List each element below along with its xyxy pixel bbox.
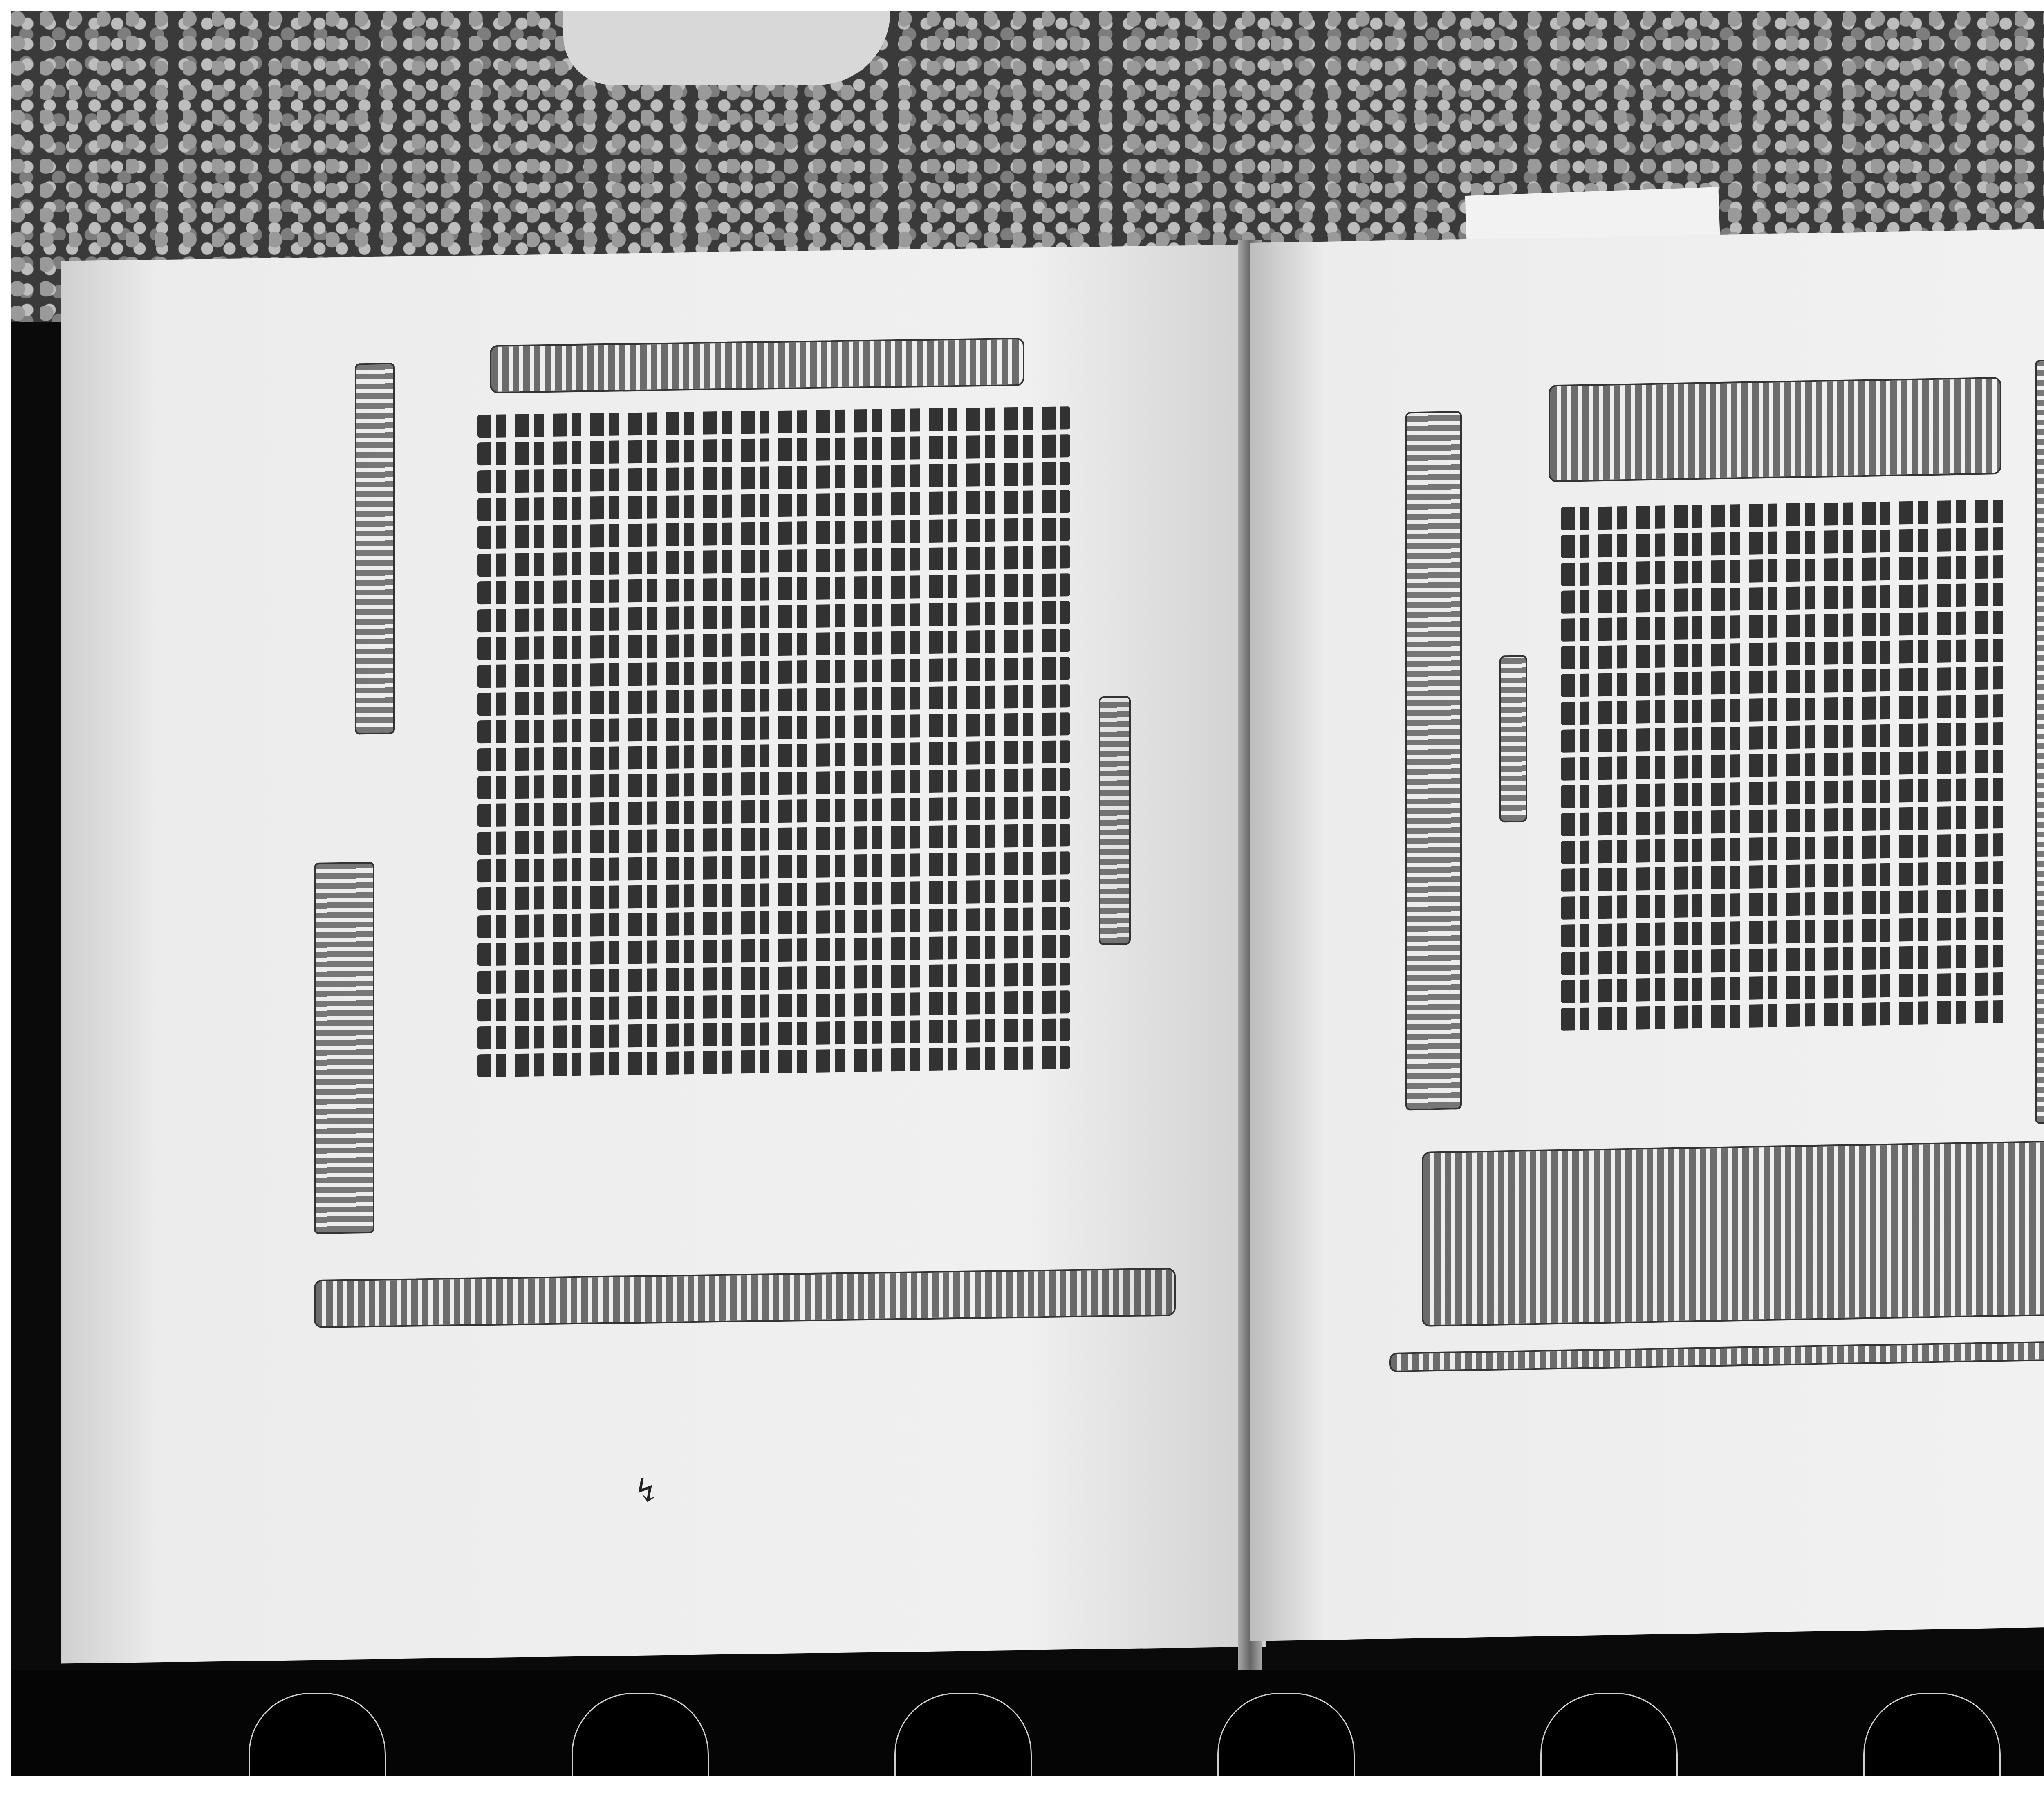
text-line xyxy=(1561,666,2010,697)
right-heading xyxy=(1549,377,2001,482)
text-line xyxy=(477,545,1070,577)
sprocket-hole xyxy=(572,1693,709,1776)
text-line xyxy=(477,796,1070,827)
left-margin-note-right xyxy=(1099,696,1131,945)
text-line xyxy=(477,684,1070,716)
text-line xyxy=(477,1018,1070,1049)
right-page xyxy=(1250,222,2044,1641)
text-line xyxy=(1561,750,2010,781)
left-margin-note-lower xyxy=(314,862,374,1234)
left-page: ↯ xyxy=(61,244,1266,1663)
text-line xyxy=(1561,945,2010,975)
sprocket-hole xyxy=(1540,1693,1678,1776)
text-line xyxy=(1561,861,2010,892)
text-line xyxy=(477,601,1070,632)
sprocket-hole xyxy=(1863,1693,2001,1776)
hand-top xyxy=(563,11,890,85)
text-line xyxy=(477,518,1070,549)
text-line xyxy=(1561,1000,2010,1031)
right-footer-rule xyxy=(1389,1338,2044,1372)
right-margin-note-left xyxy=(1405,411,1462,1110)
right-margin-note-inner xyxy=(1499,655,1527,822)
text-line xyxy=(1561,778,2010,808)
text-line xyxy=(477,879,1070,910)
right-margin-columns xyxy=(2035,357,2044,1124)
left-heading xyxy=(490,338,1024,393)
catchword-mark: ↯ xyxy=(633,1471,660,1510)
text-line xyxy=(477,406,1070,438)
text-line xyxy=(1561,972,2010,1003)
text-line xyxy=(477,434,1070,465)
right-main-text xyxy=(1561,500,2010,1036)
left-footer xyxy=(314,1268,1176,1328)
sprocket-hole xyxy=(894,1693,1032,1776)
text-line xyxy=(477,963,1070,994)
left-main-text xyxy=(477,406,1070,1082)
text-line xyxy=(477,629,1070,660)
text-line xyxy=(477,768,1070,799)
photo-frame: Mos. St. Mary xyxy=(11,11,2044,1776)
text-line xyxy=(477,851,1070,882)
text-line xyxy=(1561,527,2010,558)
text-line xyxy=(477,740,1070,771)
sprocket-hole xyxy=(249,1693,386,1776)
text-line xyxy=(1561,639,2010,669)
left-margin-note-upper xyxy=(355,363,395,734)
text-line xyxy=(477,490,1070,521)
text-line xyxy=(1561,583,2010,614)
text-line xyxy=(477,935,1070,966)
text-line xyxy=(477,1046,1070,1077)
text-line xyxy=(1561,694,2010,725)
text-line xyxy=(1561,833,2010,864)
text-line xyxy=(477,824,1070,855)
text-line xyxy=(477,462,1070,493)
right-footer xyxy=(1422,1138,2044,1327)
text-line xyxy=(1561,722,2010,753)
film-sprocket-strip xyxy=(11,1670,2044,1776)
text-line xyxy=(1561,611,2010,642)
text-line xyxy=(477,573,1070,604)
text-line xyxy=(477,907,1070,938)
text-line xyxy=(477,712,1070,743)
text-line xyxy=(477,990,1070,1021)
text-line xyxy=(477,657,1070,688)
text-line xyxy=(1561,889,2010,920)
sprocket-hole xyxy=(1217,1693,1355,1776)
text-line xyxy=(1561,917,2010,947)
text-line xyxy=(1561,500,2010,530)
text-line xyxy=(1561,555,2010,586)
text-line xyxy=(1561,806,2010,836)
photo-subject: Open Syriac manuscript photographed on a… xyxy=(0,0,0,0)
